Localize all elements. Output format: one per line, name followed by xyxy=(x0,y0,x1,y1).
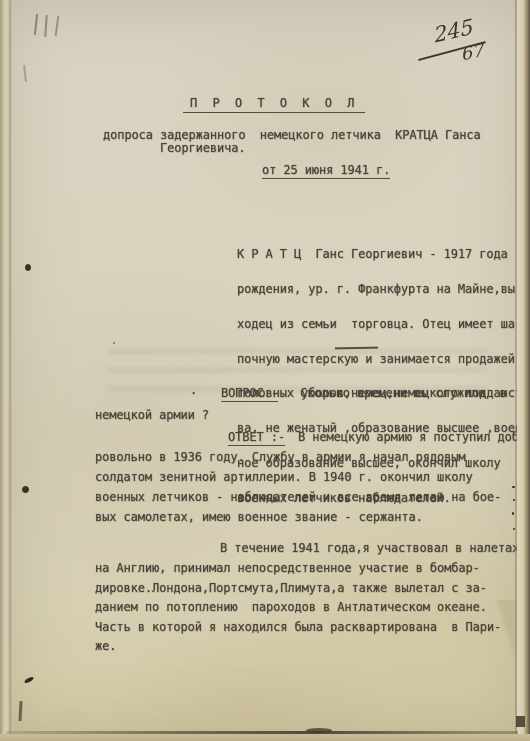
answer-label: ОТВЕТ :- xyxy=(228,430,285,446)
document-subtitle-line1: допроса задержанного немецкого летчика К… xyxy=(103,128,481,142)
answer-line: военных летчиков - наблюдателей и все вр… xyxy=(95,490,501,504)
backing-surface xyxy=(0,734,530,741)
ink-blot xyxy=(24,676,35,684)
question-line: немецкой армии ? xyxy=(95,408,209,422)
pen-mark xyxy=(44,15,48,37)
answer-paragraph2-line: же. xyxy=(95,639,116,653)
handwritten-page-number-new: 67 xyxy=(462,40,486,66)
corner-shadow xyxy=(516,716,525,727)
edge-speck xyxy=(512,512,514,515)
bio-line: почную мастерскую и занимается продажей xyxy=(237,354,529,366)
pen-mark xyxy=(55,16,60,36)
bio-line: К Р А Т Ц Ганс Георгиевич - 1917 года xyxy=(237,249,529,261)
page-edge-right xyxy=(517,0,530,741)
bio-line: ходец из семьи торговца. Отец имеет ша- xyxy=(237,319,529,331)
pen-mark xyxy=(18,701,22,721)
stray-mark: . xyxy=(190,383,197,397)
answer-paragraph2-line: дировке.Лондона,Портсмута,Плимута,а такж… xyxy=(95,581,487,595)
ink-blot xyxy=(25,264,31,271)
answer-paragraph2-line: данием по потоплению пароходов в Антлати… xyxy=(95,600,487,614)
answer-paragraph2-line: на Англию, принимал непосредственное уча… xyxy=(95,561,480,575)
question-line: Сколько времени вы служили в xyxy=(300,386,507,400)
pen-mark xyxy=(34,14,38,35)
answer-line: ровольно в 1936 году. Службу в армии я н… xyxy=(95,450,465,464)
document-title: П Р О Т О К О Л xyxy=(183,96,365,113)
pen-mark xyxy=(23,65,27,82)
scanned-protocol-page: 245 67 П Р О Т О К О Л допроса задержанн… xyxy=(0,0,530,741)
bio-line: рождения, ур. г. Франкфурта на Майне,вы- xyxy=(237,284,529,296)
answer-paragraph2-line: Часть в которой я находился была расквар… xyxy=(95,620,501,634)
answer-line: вых самолетах, имею военное звание - сер… xyxy=(95,510,423,524)
answer-line: В немецкую армию я поступил доб- xyxy=(298,430,526,444)
page-edge-left xyxy=(0,0,12,741)
tiny-speck xyxy=(113,342,115,344)
question-label: ВОПРОС:- xyxy=(221,386,278,402)
answer-paragraph2-line: В течение 1941 года,я участвовал в налет… xyxy=(220,541,519,555)
document-date: от 25 июня 1941 г. xyxy=(262,163,390,179)
document-subtitle-line2: Георгиевича. xyxy=(160,141,246,155)
ink-blot xyxy=(22,486,29,493)
answer-line: солдатом зенитной артиллерии. В 1940 г. … xyxy=(95,470,473,484)
